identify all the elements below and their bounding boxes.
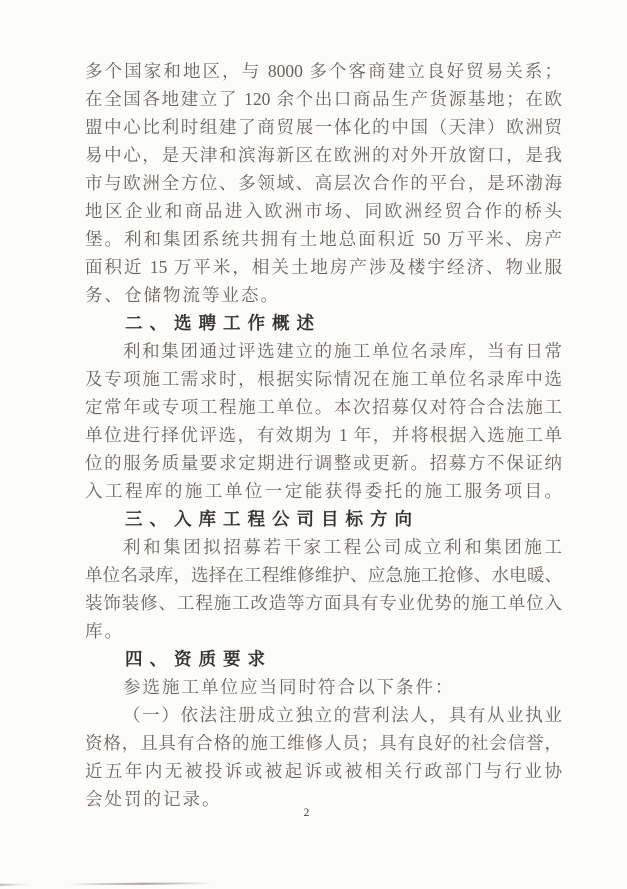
document-text-block: 多个国家和地区，与 8000 多个客商建立良好贸易关系；在全国各地建立了 120… — [85, 57, 562, 813]
section-heading: 四、资质要求 — [85, 645, 562, 673]
text-line: 市与欧洲全方位、多领域、高层次合作的平台，是环渤海 — [85, 169, 562, 197]
text-line: 单位名录库，选择在工程维修维护、应急施工抢修、水电暖、 — [85, 561, 562, 589]
text-line: 近五年内无被投诉或被起诉或被相关行政部门与行业协 — [85, 757, 562, 785]
section-heading: 三、入库工程公司目标方向 — [85, 505, 562, 533]
section-heading: 二、选聘工作概述 — [85, 309, 562, 337]
text-line: 多个国家和地区，与 8000 多个客商建立良好贸易关系； — [85, 57, 562, 85]
text-line: 及专项施工需求时，根据实际情况在施工单位名录库中选 — [85, 365, 562, 393]
text-line: 入工程库的施工单位一定能获得委托的施工服务项目。 — [85, 477, 562, 505]
text-line: 参选施工单位应当同时符合以下条件： — [85, 673, 562, 701]
text-line: 务、仓储物流等业态。 — [85, 281, 562, 309]
text-line: 在全国各地建立了 120 余个出口商品生产货源基地；在欧 — [85, 85, 562, 113]
text-line: 库。 — [85, 617, 562, 645]
text-line: 单位进行择优评选，有效期为 1 年，并将根据入选施工单 — [85, 421, 562, 449]
page-number: 2 — [0, 807, 620, 819]
text-line: 盟中心比利时组建了商贸展一体化的中国（天津）欧洲贸 — [85, 113, 562, 141]
text-line: 面积近 15 万平米，相关土地房产涉及楼宇经济、物业服 — [85, 253, 562, 281]
text-line: 装饰装修、工程施工改造等方面具有专业优势的施工单位入 — [85, 589, 562, 617]
text-line: 利和集团通过评选建立的施工单位名录库，当有日常 — [85, 337, 562, 365]
text-line: 位的服务质量要求定期进行调整或更新。招募方不保证纳 — [85, 449, 562, 477]
text-line: 资格，且具有合格的施工维修人员；具有良好的社会信誉， — [85, 729, 562, 757]
text-line: 利和集团拟招募若干家工程公司成立利和集团施工 — [85, 533, 562, 561]
text-line: 易中心，是天津和滨海新区在欧洲的对外开放窗口，是我 — [85, 141, 562, 169]
document-page: 多个国家和地区，与 8000 多个客商建立良好贸易关系；在全国各地建立了 120… — [0, 0, 627, 889]
text-line: 地区企业和商品进入欧洲市场、同欧洲经贸合作的桥头 — [85, 197, 562, 225]
text-line: 定常年或专项工程施工单位。本次招募仅对符合合法施工 — [85, 393, 562, 421]
scan-edge-artifact — [0, 882, 212, 885]
text-line: 堡。利和集团系统共拥有土地总面积近 50 万平米、房产 — [85, 225, 562, 253]
text-line: （一）依法注册成立独立的营利法人，具有从业执业 — [85, 701, 562, 729]
